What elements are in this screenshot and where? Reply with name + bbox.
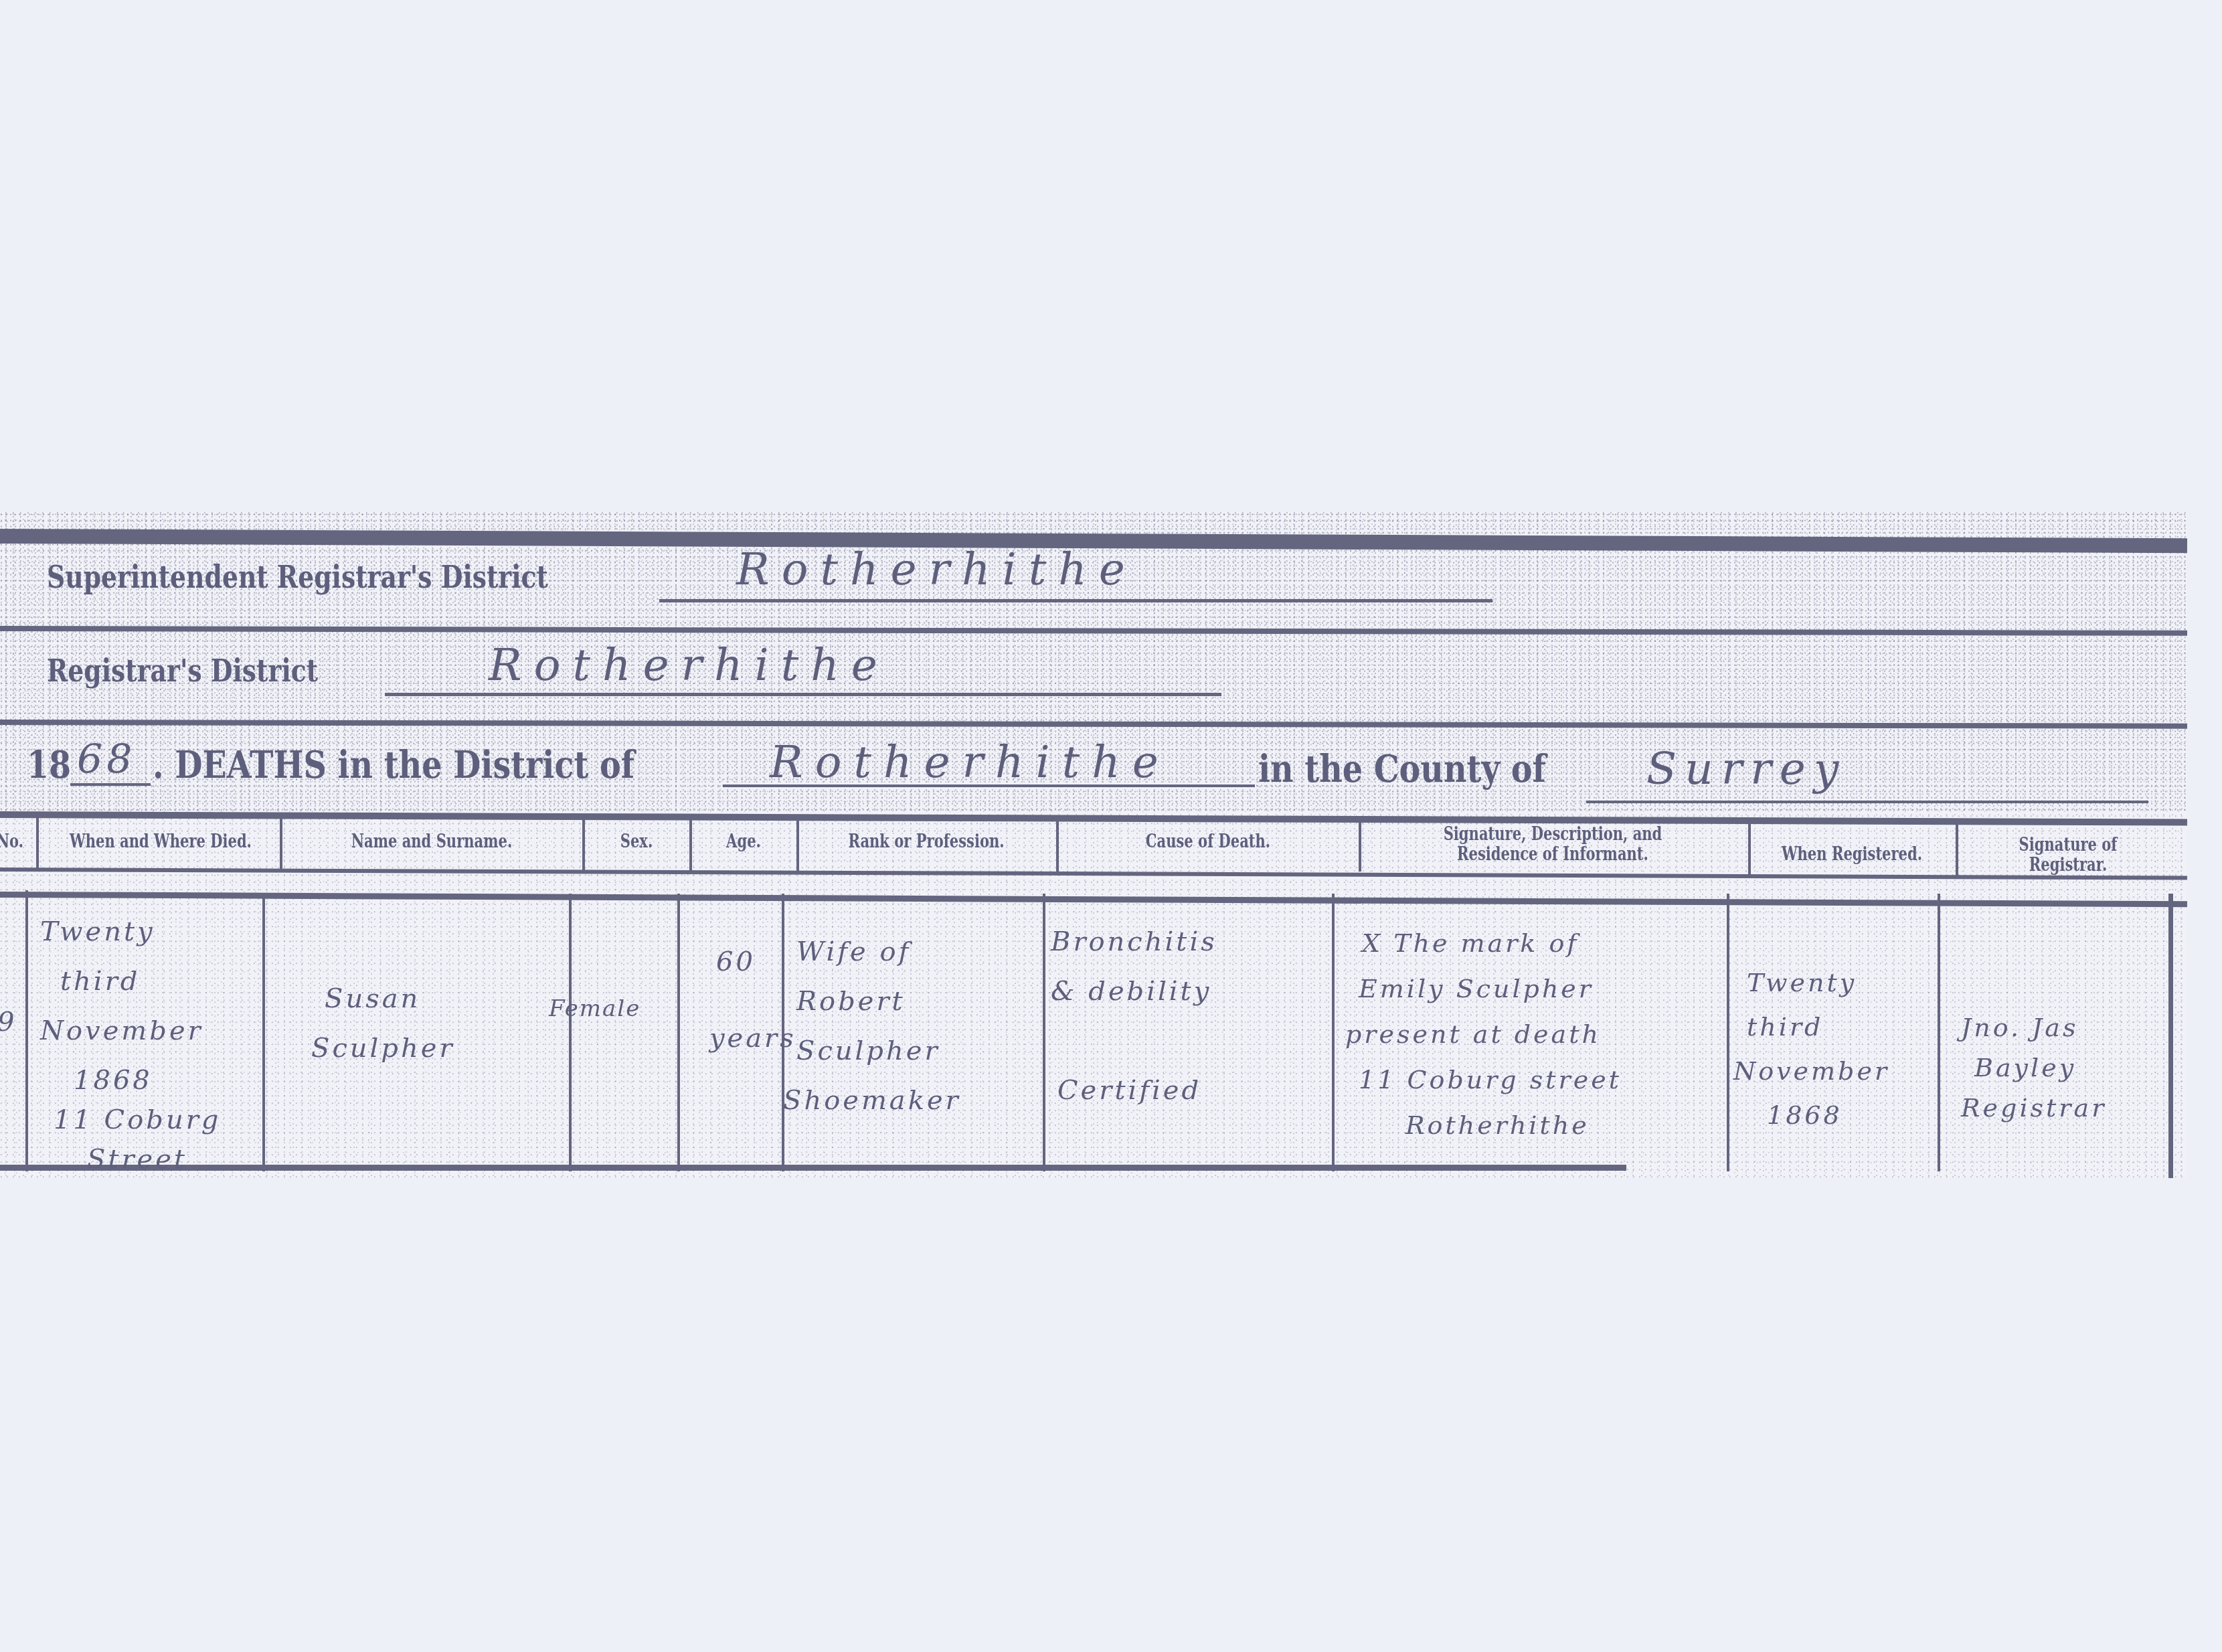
col-header-when-where: When and Where Died. [56,832,265,852]
col-divider [796,818,799,872]
col-divider [1359,818,1361,872]
entry-cause: Bronchitis & debility Certified [1051,917,1217,1115]
col-divider [1956,825,1958,878]
superintendent-underline [659,599,1492,602]
deaths-label: . DEATHS in the District of [153,743,634,787]
entry-no: 9 [0,997,17,1047]
entry-sex: Female [549,984,640,1034]
superintendent-label: Superintendent Registrar's District [47,559,548,595]
col-header-informant: Signature, Description, and Residence of… [1433,825,1673,865]
entry-name: Susan Sculpher [311,974,455,1073]
col-header-no: No. [0,832,28,852]
county-value: Surrey [1646,743,1847,795]
col-divider [36,818,39,872]
col-divider [1332,894,1335,1171]
data-bottom-rule [0,1165,1626,1171]
year-suffix: 68 [77,736,136,783]
col-header-registrar: Signature of Registrar. [2011,835,2126,876]
col-divider [689,818,692,872]
col-divider [1938,894,1940,1171]
district-value: Rotherhithe [770,736,1171,788]
col-divider [280,818,282,872]
col-divider [1727,894,1729,1171]
entry-informant: X The mark of Emily Sculpher present at … [1345,920,1622,1148]
col-divider [582,818,585,872]
col-divider [1748,822,1751,876]
col-divider [262,894,265,1171]
county-label: in the County of [1258,747,1546,791]
entry-rank: Wife of Robert Sculpher Shoemaker [783,927,961,1125]
col-header-when-registered: When Registered. [1771,845,1933,865]
registrar-value: Rotherhithe [489,639,889,691]
col-divider [25,890,28,1171]
year-underline [70,783,151,786]
col-divider-right [2168,894,2173,1178]
county-underline [1586,801,2148,803]
entry-when-registered: Twenty third November 1868 [1733,961,1889,1137]
col-header-sex: Sex. [595,832,677,852]
col-divider [1043,894,1045,1171]
col-header-rank: Rank or Profession. [825,832,1028,852]
entry-registrar-signature: Jno. Jas Bayley Registrar [1954,1007,2106,1128]
col-divider [677,894,680,1171]
col-divider [1056,818,1059,872]
col-header-cause: Cause of Death. [1091,832,1326,852]
col-header-name: Name and Surname. [315,832,549,852]
entry-when-where: Twenty third November 1868 11 Coburg Str… [40,907,221,1184]
year-prefix: 18 [27,743,71,787]
col-header-age: Age. [702,832,784,852]
registrar-label: Registrar's District [47,653,318,689]
registrar-underline [385,693,1221,696]
superintendent-value: Rotherhithe [736,544,1137,595]
